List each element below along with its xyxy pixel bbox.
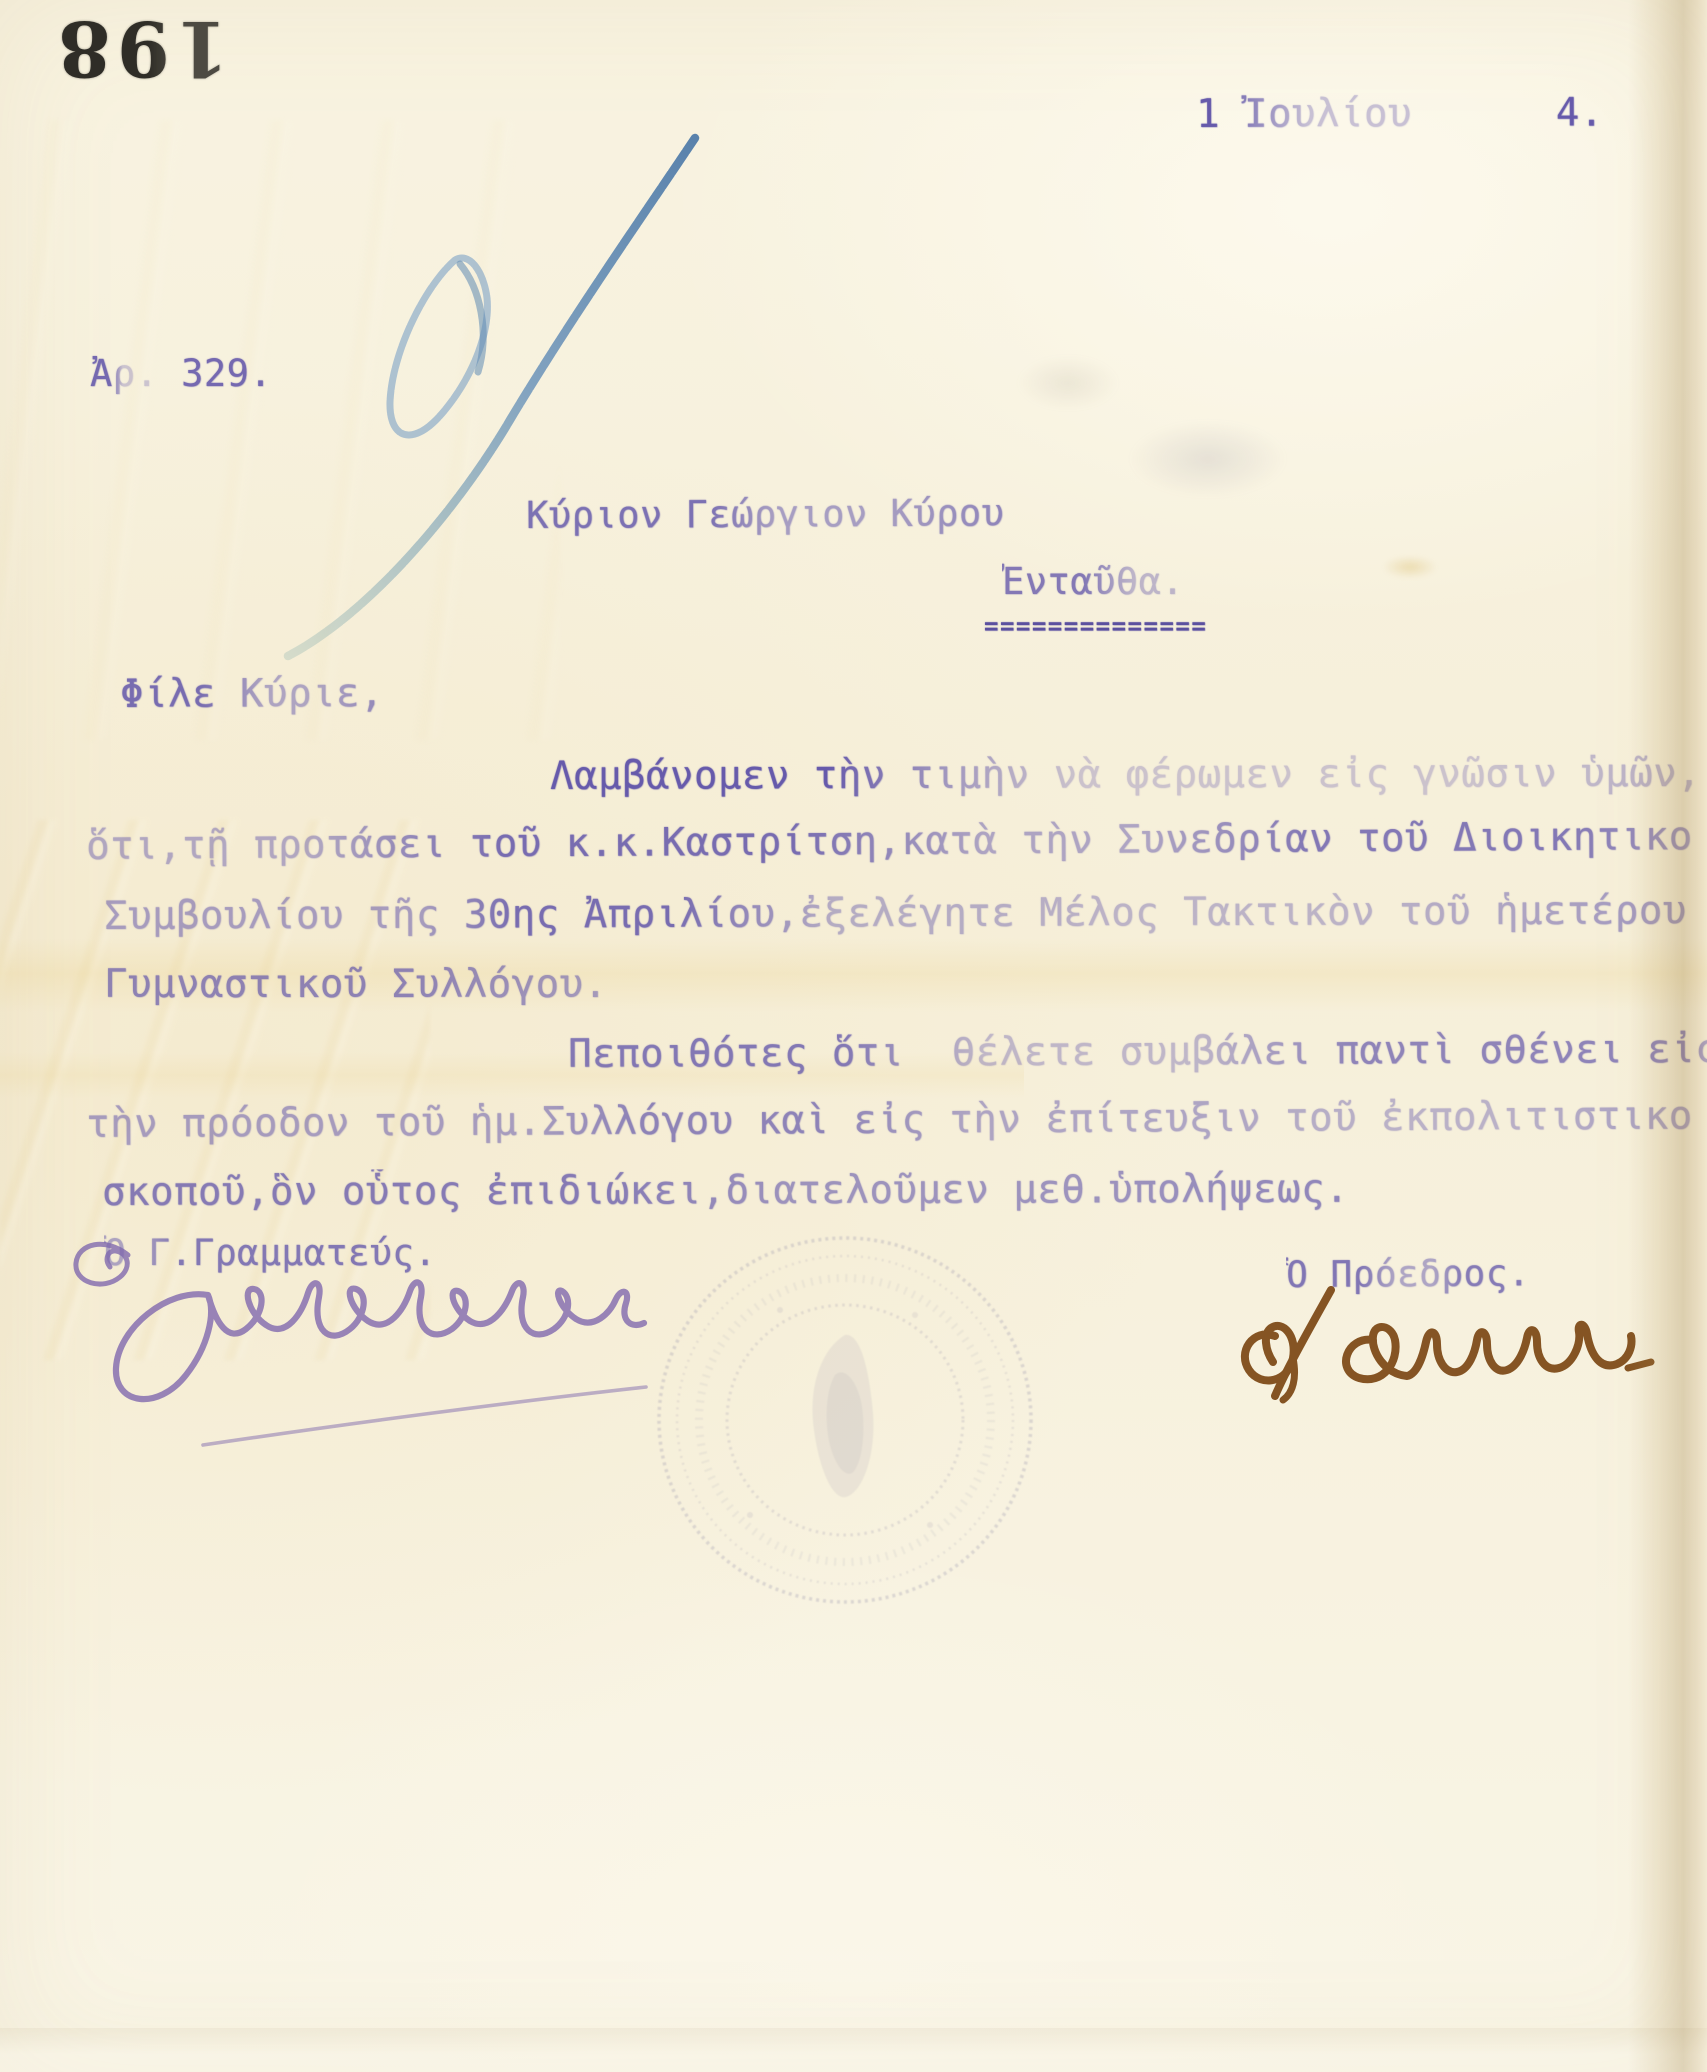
body-line: Πεποιθότες ὅτι θέλετε συμβάλει παντὶ σθέ… [568, 1027, 1707, 1079]
body-line: Λαμβάνομεν τὴν τιμὴν νὰ φέρωμεν εἰς γνῶσ… [550, 751, 1701, 801]
paper-stain [1384, 556, 1436, 578]
body-line: Γυμναστικοῦ Συλλόγου. [104, 962, 608, 1009]
letter-page: 198 1 Ἰουλίου 4. Ἀρ. 329. Κύριον Γεώργιο… [0, 0, 1707, 2072]
reference-number: Ἀρ. 329. [90, 352, 272, 396]
body-line: τὴν πρόοδον τοῦ ἡμ.Συλλόγου καὶ εἰς τὴν … [86, 1094, 1693, 1149]
location-underline: ============== [984, 612, 1207, 641]
page-bottom-edge [0, 2028, 1707, 2072]
ink-smudge [1018, 356, 1118, 410]
body-line: ὅτι,τῇ προτάσει τοῦ κ.κ.Καστρίτση,κατὰ τ… [86, 814, 1693, 871]
recipient-line: Κύριον Γεώργιον Κύρου [526, 491, 1005, 538]
paper-texture-streaks-top [0, 120, 560, 740]
president-title: Ὁ Πρόεδρος. [1286, 1252, 1530, 1297]
salutation: Φίλε Κύριε, [120, 671, 384, 719]
president-signature [1223, 1278, 1673, 1418]
blue-pencil-check-mark [240, 90, 740, 710]
body-line: Συμβουλίου τῆς 30ης Ἀπριλίου,ἐξελέγητε Μ… [104, 888, 1687, 940]
body-line: σκοποῦ,ὃν οὗτος ἐπιδιώκει,διατελοῦμεν με… [102, 1167, 1349, 1217]
ink-smudge [1128, 420, 1288, 498]
date-line: 1 Ἰουλίου 4. [1196, 91, 1604, 139]
location-line: Ἐνταῦθα. [1002, 560, 1184, 604]
secretary-title: Ὁ Γ.Γραμματεύς. [104, 1232, 437, 1275]
round-stamp [630, 1215, 1060, 1635]
page-number-stamp: 198 [52, 4, 229, 93]
